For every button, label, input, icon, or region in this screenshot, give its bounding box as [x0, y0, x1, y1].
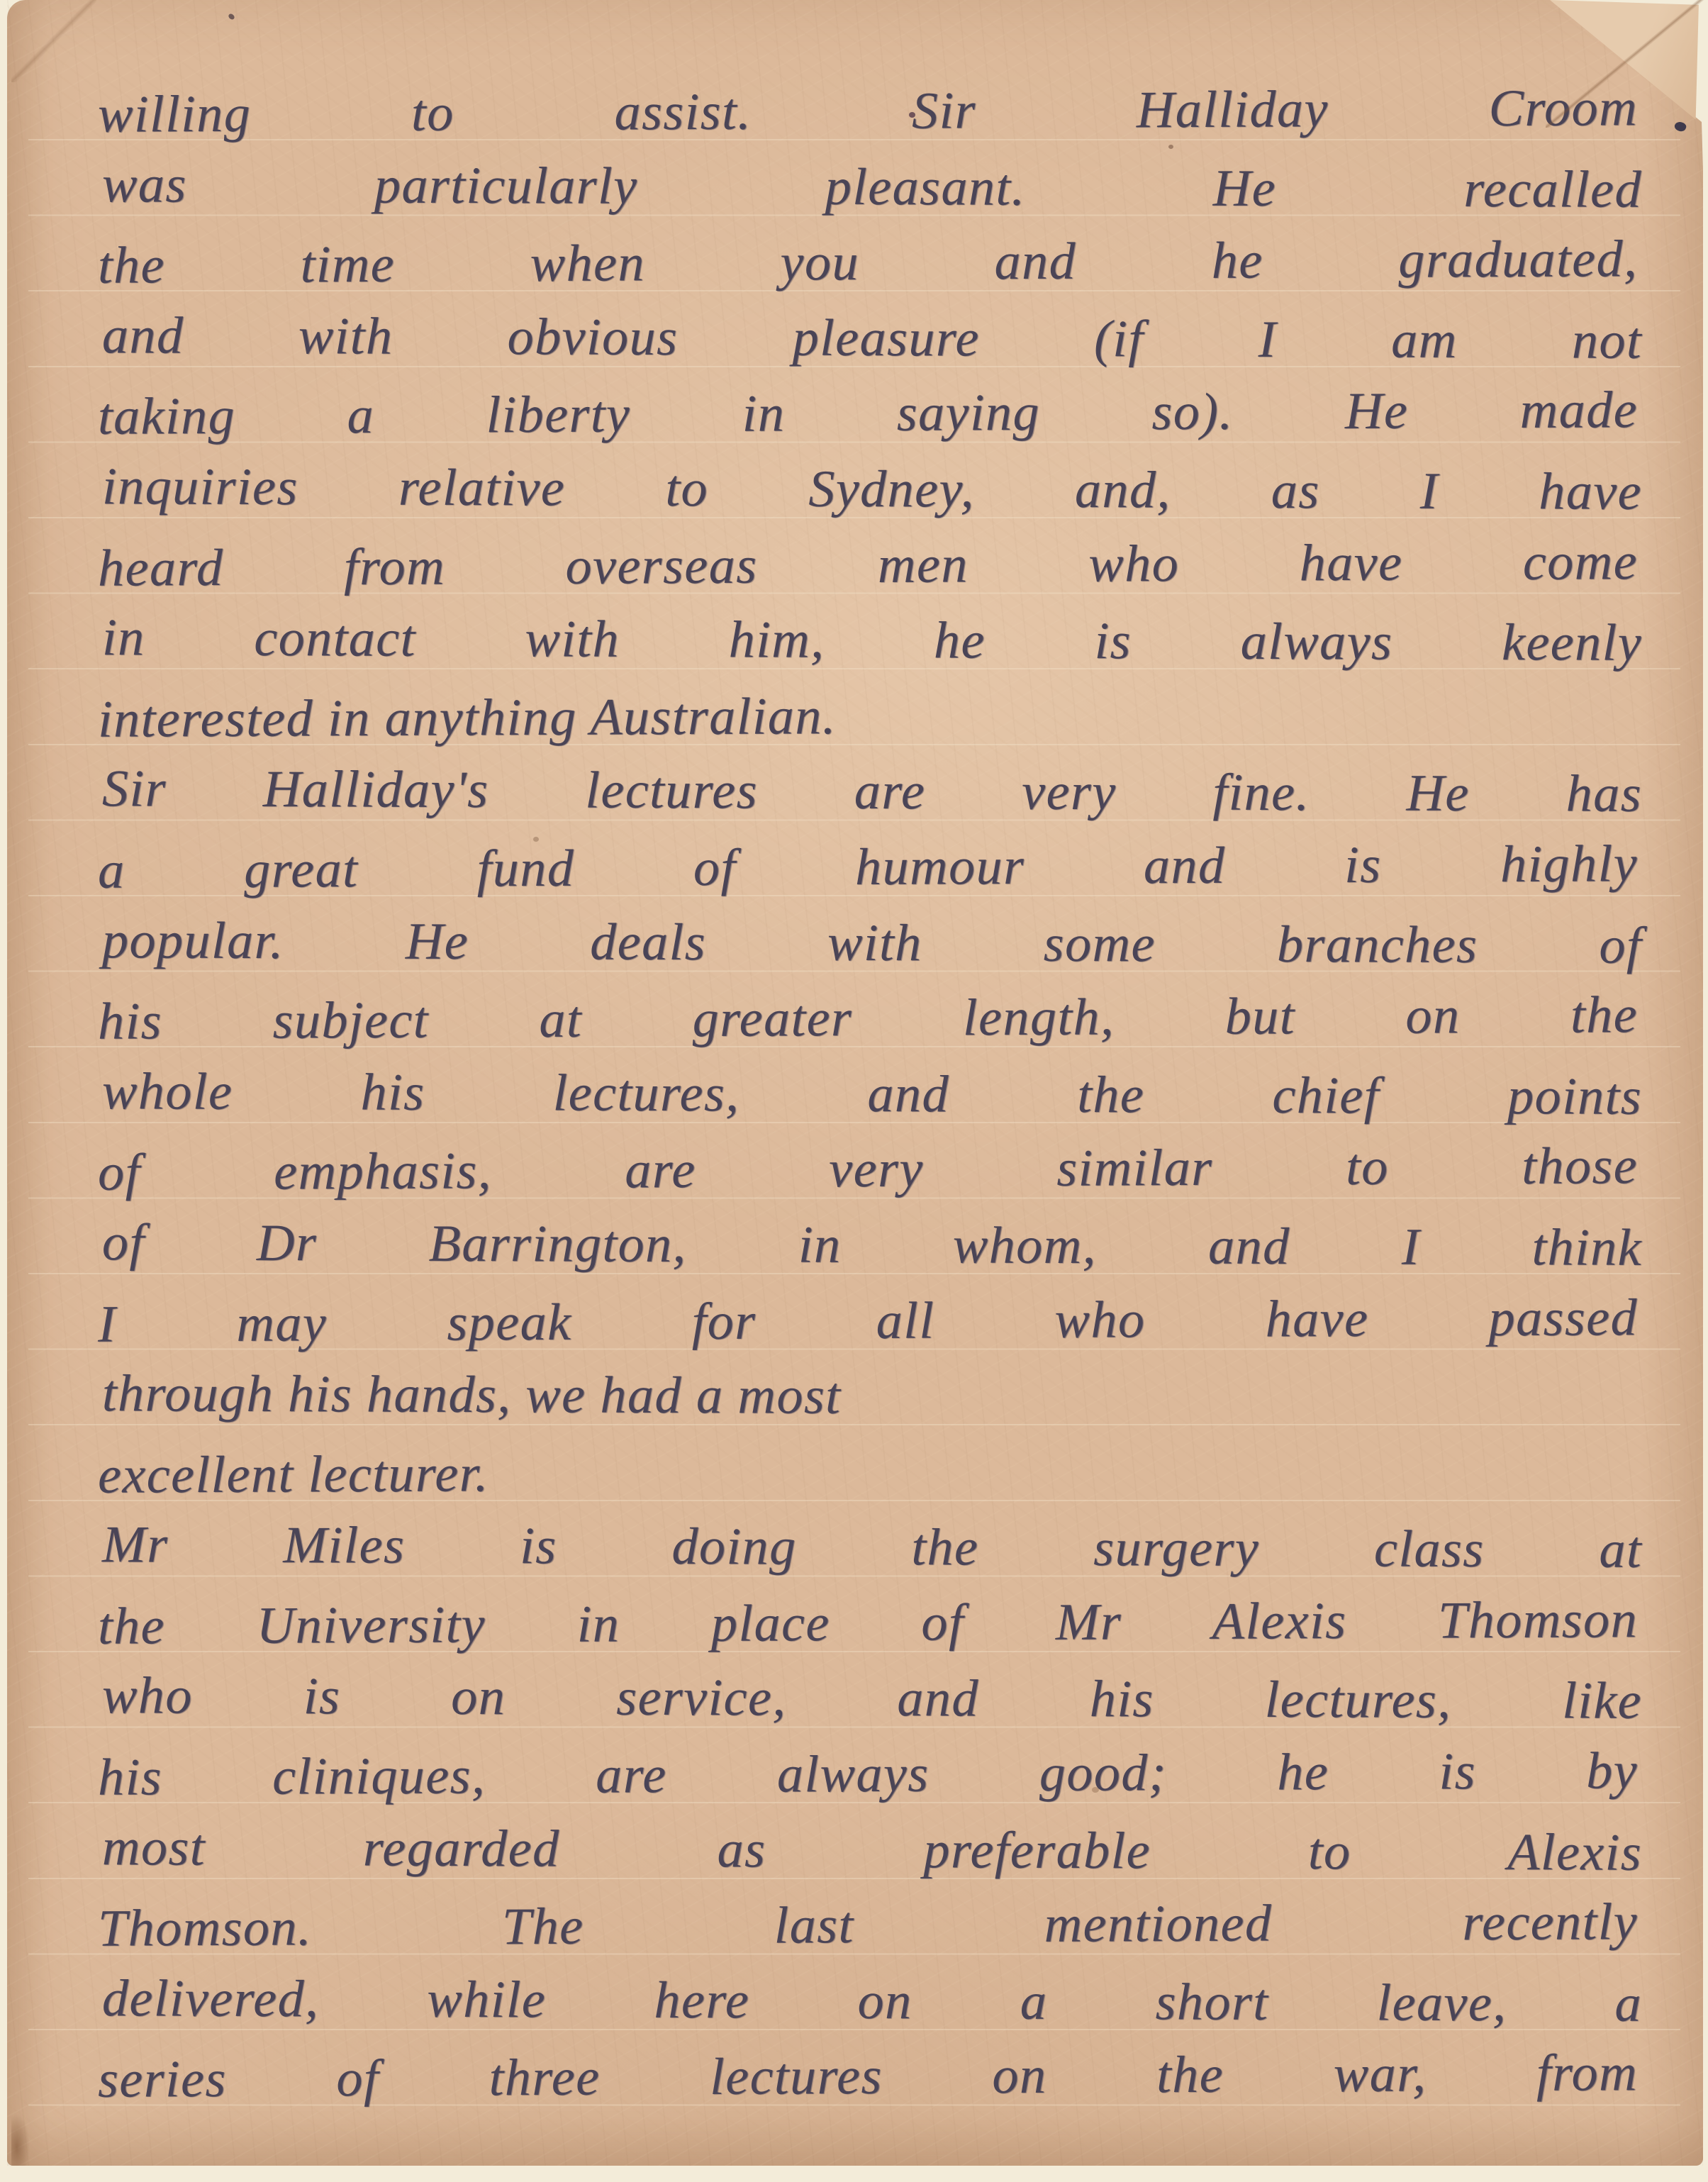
handwritten-line: most regarded as preferable to Alexis: [102, 1810, 1642, 1891]
handwritten-line: Sir Halliday's lectures are very fine. H…: [102, 752, 1642, 833]
letter-paper: willing to assist. Sir Halliday Croom wa…: [7, 0, 1703, 2166]
handwritten-line: heard from overseas men who have come: [98, 524, 1638, 606]
top-left-corner-crease: [11, 0, 96, 82]
handwritten-line: willing to assist. Sir Halliday Croom: [98, 70, 1638, 152]
handwritten-line: was particularly pleasant. He recalled: [102, 147, 1642, 228]
scanned-letter-page: willing to assist. Sir Halliday Croom wa…: [0, 0, 1708, 2182]
handwritten-line: in contact with him, he is always keenly: [102, 600, 1642, 681]
ink-speck: [228, 13, 235, 21]
handwritten-line: taking a liberty in saying so). He made: [98, 373, 1638, 455]
handwritten-line: who is on service, and his lectures, lik…: [102, 1659, 1642, 1740]
handwritten-line: I may speak for all who have passed: [98, 1280, 1638, 1362]
handwritten-line: a great fund of humour and is highly: [98, 826, 1638, 908]
handwritten-line: of emphasis, are very similar to those: [98, 1129, 1638, 1211]
paper-edge-nick: [11, 2113, 30, 2170]
handwritten-line: the time when you and he graduated,: [98, 221, 1638, 304]
handwritten-line: the University in place of Mr Alexis Tho…: [98, 1582, 1638, 1664]
handwritten-line: delivered, while here on a short leave, …: [102, 1961, 1642, 2042]
handwritten-line: series of three lectures on the war, fro…: [98, 2036, 1638, 2118]
handwritten-line: Thomson. The last mentioned recently: [98, 1885, 1638, 1967]
letter-text: willing to assist. Sir Halliday Croom wa…: [98, 74, 1638, 2115]
handwritten-line: inquiries relative to Sydney, and, as I …: [102, 449, 1642, 530]
handwritten-line: through his hands, we had a most: [102, 1356, 1642, 1437]
handwritten-line: his cliniques, are always good; he is by: [98, 1733, 1638, 1815]
handwritten-line: Mr Miles is doing the surgery class at: [102, 1508, 1642, 1588]
handwritten-line: his subject at greater length, but on th…: [98, 977, 1638, 1059]
handwritten-line: excellent lecturer.: [98, 1431, 1638, 1513]
handwritten-line: of Dr Barrington, in whom, and I think: [102, 1205, 1642, 1286]
handwritten-line: popular. He deals with some branches of: [102, 903, 1642, 984]
handwritten-line: and with obvious pleasure (if I am not: [102, 298, 1642, 379]
handwritten-line: interested in anything Australian.: [98, 675, 1638, 757]
handwritten-line: whole his lectures, and the chief points: [102, 1054, 1642, 1135]
